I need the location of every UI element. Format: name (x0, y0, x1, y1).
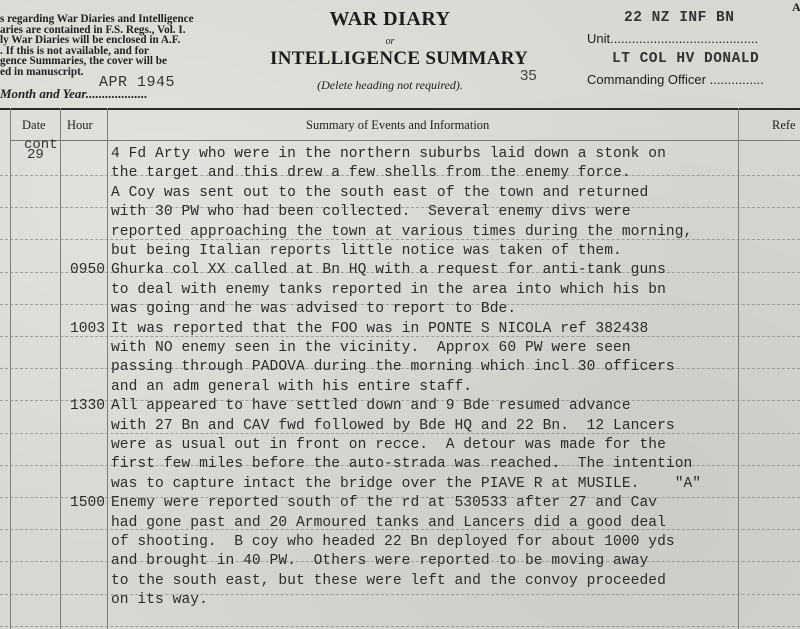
entry-text-line: Ghurka col XX called at Bn HQ with a req… (111, 262, 666, 278)
form-title-intelligence-summary: INTELLIGENCE SUMMARY (270, 48, 510, 70)
unit-value: 22 NZ INF BN (624, 10, 734, 26)
entry-text-line: with NO enemy seen in the vicinity. Appr… (111, 340, 631, 356)
table-header-rule (10, 140, 800, 141)
entry-text-line: was to capture intact the bridge over th… (111, 476, 701, 492)
entry-text-line: had gone past and 20 Armoured tanks and … (111, 515, 666, 531)
column-header-reference: Refe (772, 118, 796, 133)
entry-text-line: 4 Fd Arty who were in the northern subur… (111, 146, 666, 162)
commanding-officer-label: Commanding Officer ............... (587, 72, 764, 87)
entry-text-line: A Coy was sent out to the south east of … (111, 185, 648, 201)
entry-text-line: was going and he was advised to report t… (111, 301, 516, 317)
form-title-war-diary: WAR DIARY (290, 8, 490, 31)
unit-label: Unit....................................… (587, 31, 758, 46)
entry-text-line: passing through PADOVA during the mornin… (111, 359, 675, 375)
entry-text-line: All appeared to have settled down and 9 … (111, 398, 631, 414)
entry-text-line: but being Italian reports little notice … (111, 243, 622, 259)
form-title-instruction: (Delete heading not required). (290, 78, 490, 93)
entry-text-line: on its way. (111, 592, 208, 608)
commanding-officer-value: LT COL HV DONALD (612, 51, 759, 67)
form-title-or: or (290, 36, 490, 47)
entry-text-line: reported approaching the town at various… (111, 224, 692, 240)
form-instructions: s regarding War Diaries and Intelligence… (0, 14, 210, 78)
entry-text-line: with 30 PW who had been collected. Sever… (111, 204, 631, 220)
entry-hour: 1003 (70, 321, 105, 337)
table-top-rule (0, 108, 800, 110)
entry-hour: 1330 (70, 398, 105, 414)
date-day: 29 (27, 147, 44, 163)
entry-hour: 1500 (70, 495, 105, 511)
entry-text-line: to deal with enemy tanks reported in the… (111, 282, 666, 298)
page-number: 35 (520, 67, 537, 84)
entry-text-line: to the south east, but these were left a… (111, 573, 666, 589)
entry-text-line: Enemy were reported south of the rd at 5… (111, 495, 657, 511)
entry-text-line: were as usual out in front on recce. A d… (111, 437, 666, 453)
entry-text-line: It was reported that the FOO was in PONT… (111, 321, 648, 337)
entry-text-line: with 27 Bn and CAV fwd followed by Bde H… (111, 418, 675, 434)
column-header-date: Date (22, 118, 46, 133)
month-year-label: Month and Year................... (0, 86, 148, 102)
entry-text-line: and an adm general with his entire staff… (111, 379, 472, 395)
column-header-summary: Summary of Events and Information (306, 118, 489, 133)
ruled-line (0, 626, 800, 627)
entry-hour: 0950 (70, 262, 105, 278)
entry-text-line: and brought in 40 PW. Others were report… (111, 553, 648, 569)
entry-text-line: of shooting. B coy who headed 22 Bn depl… (111, 534, 675, 550)
entry-text-line: the target and this drew a few shells fr… (111, 165, 631, 181)
corner-letter: A (792, 0, 800, 15)
entry-text-line: first few miles before the auto-strada w… (111, 456, 692, 472)
column-header-hour: Hour (67, 118, 93, 133)
instruction-line: s regarding War Diaries and Intelligence (0, 14, 210, 25)
